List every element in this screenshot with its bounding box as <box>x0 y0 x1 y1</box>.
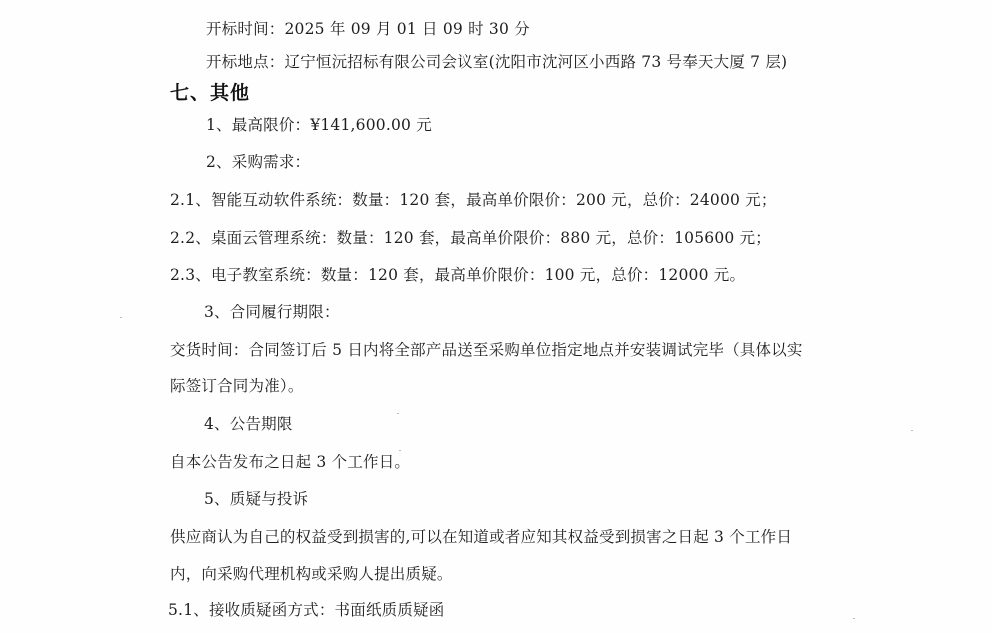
complaints-body-line-1: 供应商认为自己的权益受到损害的,可以在知道或者应知其权益受到损害之日起 3 个工… <box>170 527 792 547</box>
notice-period-title: 4、公告期限 <box>204 414 293 434</box>
delivery-time-line-1: 交货时间：合同签订后 5 日内将全部产品送至采购单位指定地点并安装调试完毕（具体… <box>170 340 803 360</box>
scan-speck <box>399 450 401 451</box>
bid-opening-place: 开标地点：辽宁恒沅招标有限公司会议室(沈阳市沈河区小西路 73 号奉天大厦 7 … <box>206 52 787 72</box>
bid-opening-time: 开标时间：2025 年 09 月 01 日 09 时 30 分 <box>206 19 530 39</box>
scan-speck <box>397 413 399 414</box>
contract-period-title: 3、合同履行期限： <box>204 302 340 322</box>
delivery-time-line-2: 际签订合同为准）。 <box>170 376 304 396</box>
notice-period-body: 自本公告发布之日起 3 个工作日。 <box>170 452 410 472</box>
document-page: 开标时间：2025 年 09 月 01 日 09 时 30 分 开标地点：辽宁恒… <box>0 0 992 633</box>
complaint-receipt-method: 5.1、接收质疑函方式：书面纸质质疑函 <box>168 600 444 620</box>
complaints-title: 5、质疑与投诉 <box>204 489 308 509</box>
procurement-item-2-1: 2.1、智能互动软件系统：数量：120 套，最高单价限价：200 元，总价：24… <box>170 190 777 210</box>
procurement-item-2-3: 2.3、电子教室系统：数量：120 套，最高单价限价：100 元，总价：1200… <box>170 265 745 285</box>
section-heading-other: 七、其他 <box>170 81 250 105</box>
scan-speck <box>120 317 122 318</box>
scan-speck <box>911 430 913 431</box>
procurement-item-2-2: 2.2、桌面云管理系统：数量：120 套，最高单价限价：880 元，总价：105… <box>170 228 771 248</box>
procurement-needs-title: 2、采购需求： <box>206 152 310 172</box>
max-price: 1、最高限价：¥141,600.00 元 <box>206 115 432 135</box>
scan-speck <box>853 618 855 619</box>
complaints-body-line-2: 内，向采购代理机构或采购人提出质疑。 <box>170 564 453 584</box>
